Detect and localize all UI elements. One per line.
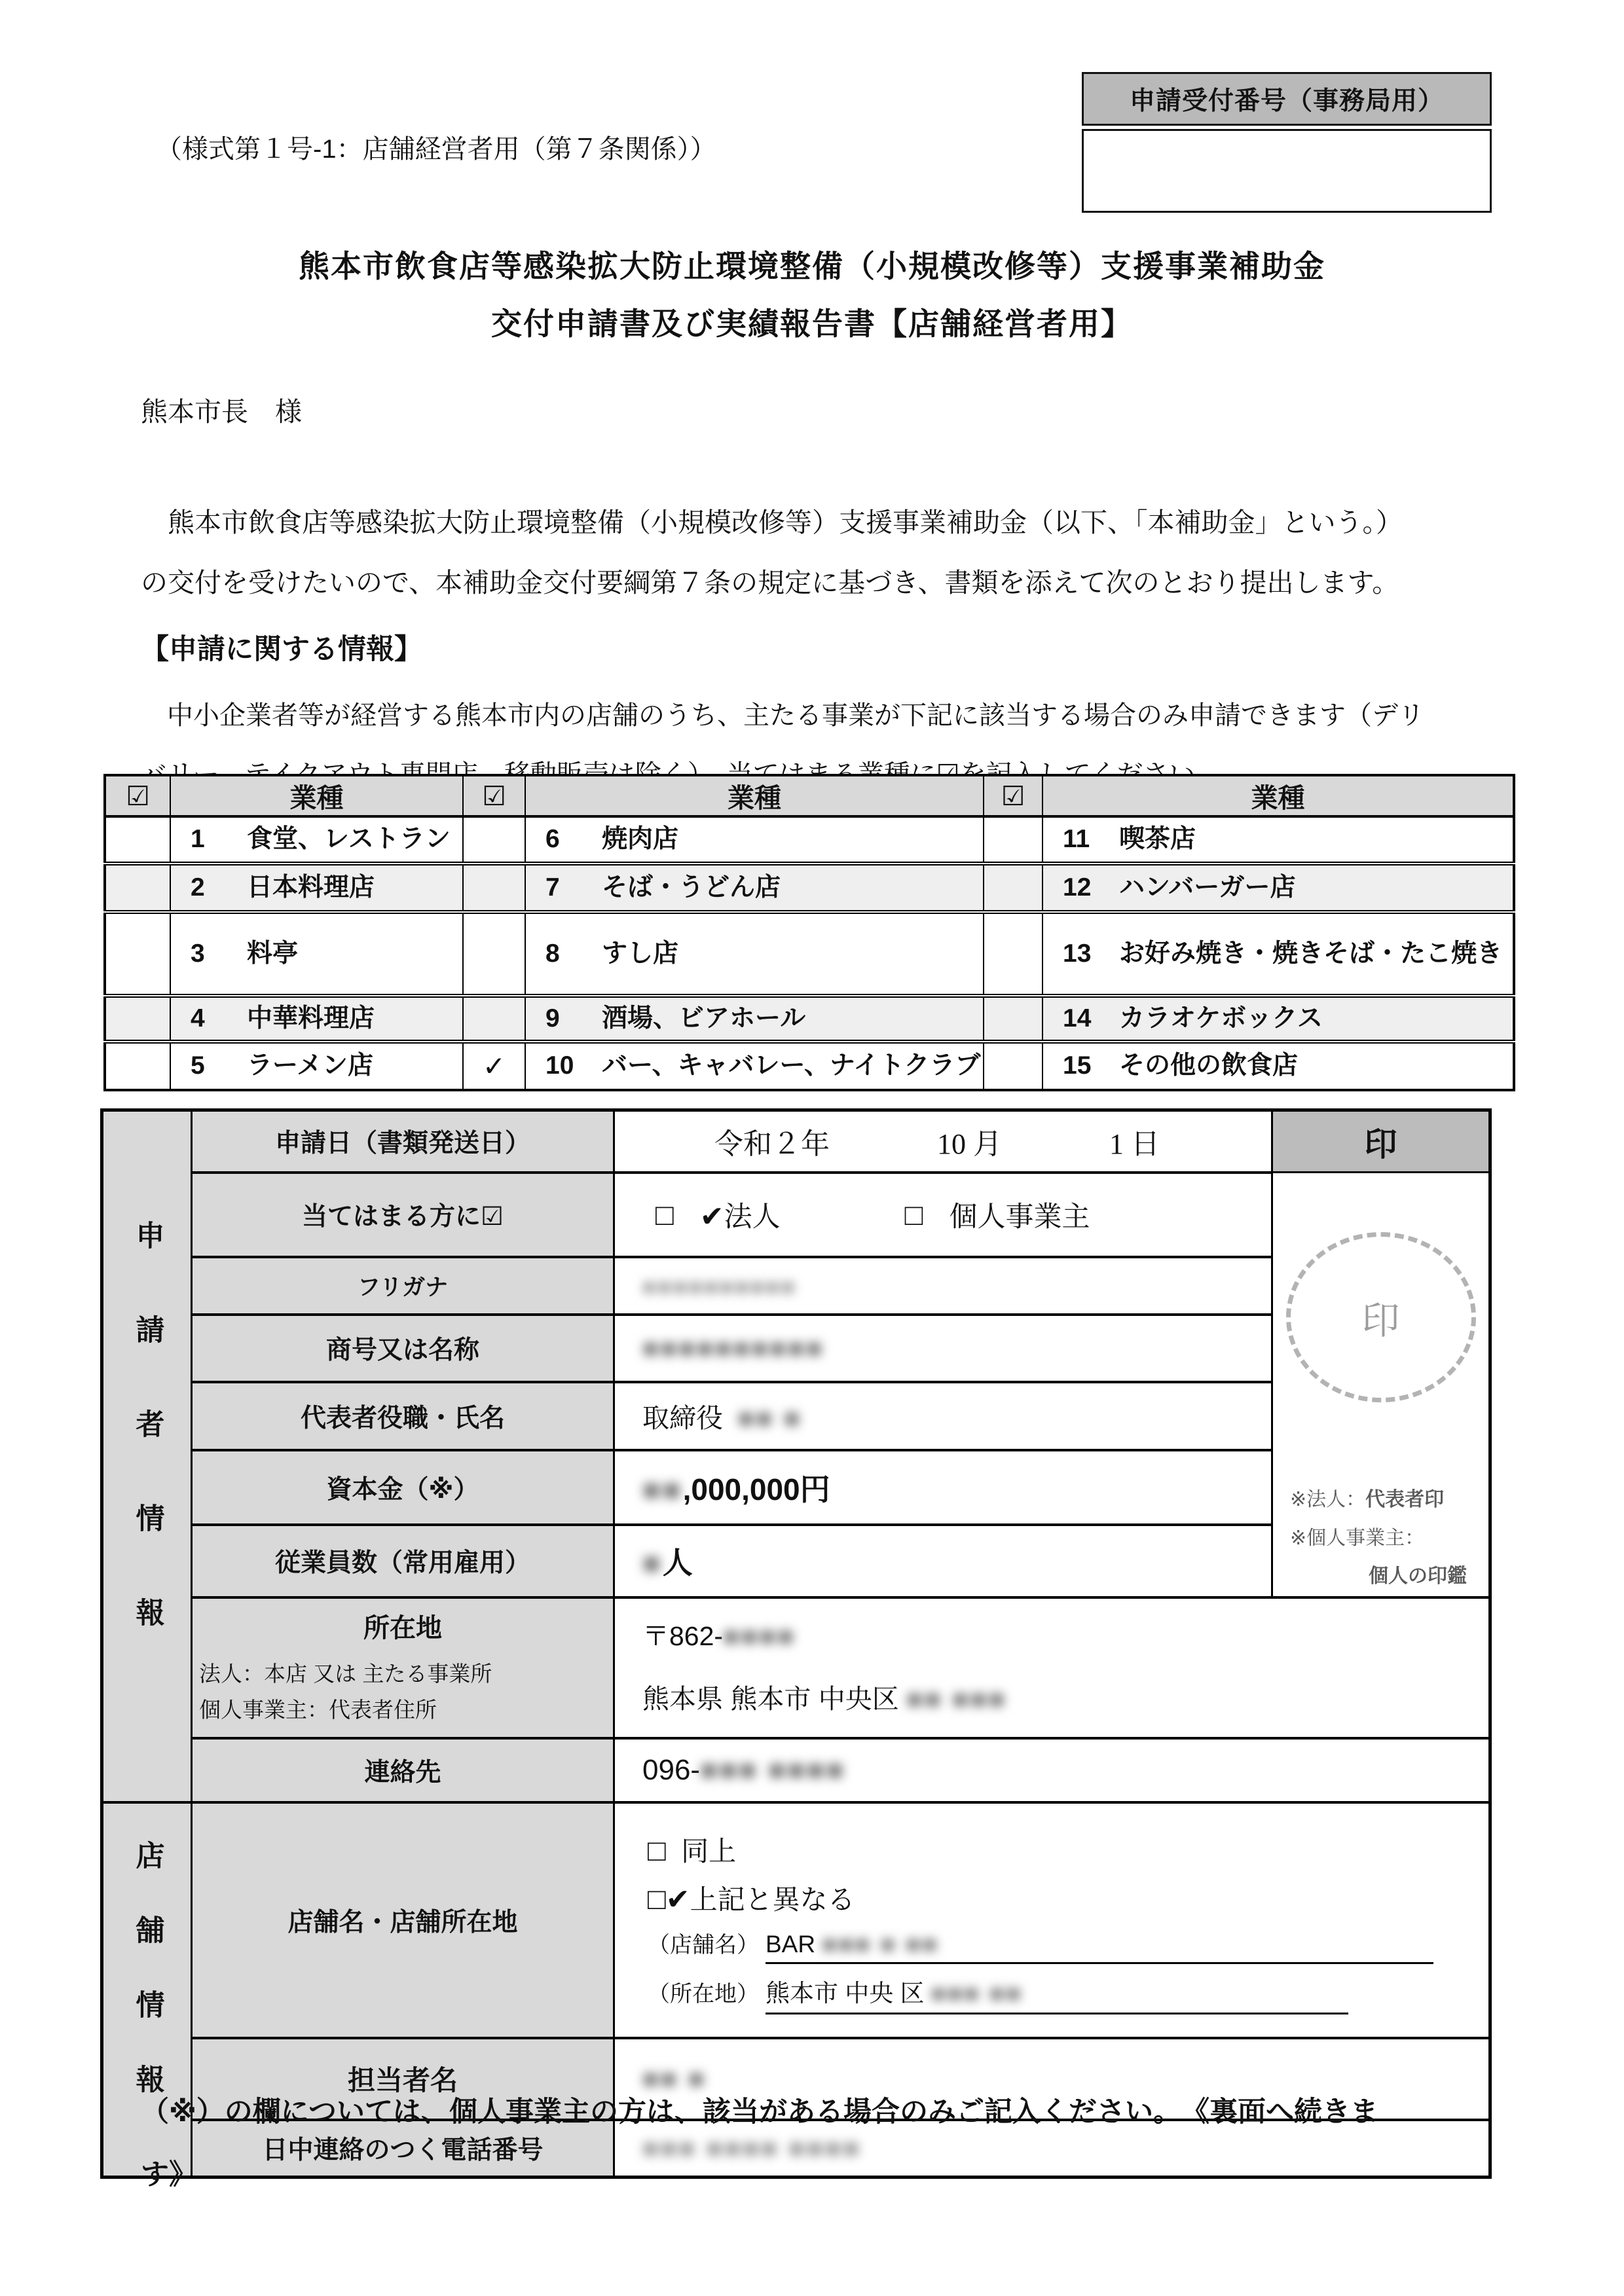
industry-item: 6焼肉店 — [525, 816, 984, 864]
sole-proprietor-checkbox: □ — [905, 1197, 923, 1232]
application-date-value: 令和２年 10 月 1 日 — [614, 1110, 1272, 1173]
industry-item: 7そば・うどん店 — [525, 864, 984, 912]
applicant-type-label: 当てはまる方に☑ — [192, 1173, 614, 1257]
form-code: （様式第１号-1：店舗経営者用（第７条関係）） — [156, 128, 716, 166]
address-city: 熊本県 熊本市 中央区 — [642, 1684, 906, 1714]
corporation-option: 法人 — [724, 1201, 781, 1233]
industry-row: 5ラーメン店 ✓ 10バー、キャバレー、ナイトクラブ 15その他の飲食店 — [105, 1042, 1514, 1090]
application-date-row: 申請者情報 申請日（書類発送日） 令和２年 10 月 1 日 印 — [102, 1110, 1490, 1173]
industry-item: 13お好み焼き・焼きそば・たこ焼き — [1043, 912, 1514, 996]
stamp-note-sole-proprietor: ※個人事業主： — [1290, 1520, 1488, 1558]
industry-header-row: ☑ 業種 ☑ 業種 ☑ 業種 — [105, 775, 1514, 816]
stamp-note-corporation-bold: 代表者印 — [1365, 1489, 1444, 1510]
application-form-table: 申請者情報 申請日（書類発送日） 令和２年 10 月 1 日 印 当てはまる方に… — [100, 1108, 1492, 2179]
industry-checkbox — [105, 912, 170, 996]
applicant-type-value: □ ✔法人 □ 個人事業主 — [614, 1173, 1272, 1257]
checkbox-header-icon: ☑ — [105, 775, 170, 816]
representative-value: 取締役 ■■ ■ — [614, 1382, 1272, 1449]
furigana-label: フリガナ — [192, 1257, 614, 1315]
industry-checkbox — [105, 996, 170, 1042]
employees-redacted-count: ■ — [642, 1546, 663, 1580]
company-name-value: ■■■■■■■■■■ — [614, 1315, 1272, 1382]
shop-name-prefix: BAR — [766, 1931, 822, 1958]
address-row: 所在地 法人：本店 又は 主たる事業所 個人事業主：代表者住所 〒862-■■■… — [102, 1597, 1490, 1738]
stamp-area: 印 ※法人：代表者印 ※個人事業主： 個人の印鑑 — [1272, 1173, 1490, 1597]
postal-code-redacted: ■■■■ — [723, 1621, 796, 1651]
stamp-mark: 印 — [1361, 1290, 1399, 1345]
industry-item: 3料亭 — [170, 912, 463, 996]
industry-checkbox — [105, 816, 170, 864]
date-day: 1 日 — [1109, 1120, 1160, 1162]
industry-header-label: 業種 — [170, 775, 463, 816]
shop-name-label: 店舗名・店舗所在地 — [192, 1802, 614, 2038]
industry-row: 2日本料理店 7そば・うどん店 12ハンバーガー店 — [105, 864, 1514, 912]
different-from-above-checkmark-icon: ✔ — [666, 1883, 690, 1916]
shop-address-field-label: （所在地） — [648, 1976, 759, 2008]
furigana-value: ■■■■■■■■■■ — [614, 1257, 1272, 1315]
contact-value: 096-■■■ ■■■■ — [614, 1738, 1490, 1802]
different-from-above-option: 上記と異なる — [690, 1878, 855, 1918]
employees-label: 従業員数（常用雇用） — [192, 1525, 614, 1597]
receipt-number-blank-field — [1082, 129, 1492, 213]
intro-line1: 熊本市飲食店等感染拡大防止環境整備（小規模改修等）支援事業補助金（以下、「本補助… — [141, 492, 1503, 553]
date-month: 10 月 — [937, 1120, 1002, 1162]
industry-item: 4中華料理店 — [170, 996, 463, 1042]
contact-row: 連絡先 096-■■■ ■■■■ — [102, 1738, 1490, 1802]
checkbox-header-icon: ☑ — [984, 775, 1043, 816]
industry-item: 14カラオケボックス — [1043, 996, 1514, 1042]
industry-item: 1食堂、レストラン — [170, 816, 463, 864]
stamp-notes: ※法人：代表者印 ※個人事業主： 個人の印鑑 — [1273, 1481, 1488, 1596]
company-name-redacted-text: ■■■■■■■■■■ — [642, 1333, 824, 1363]
sole-proprietor-option: 個人事業主 — [949, 1195, 1090, 1235]
intro-line2: の交付を受けたいので、本補助金交付要綱第７条の規定に基づき、書類を添えて次のとお… — [141, 553, 1503, 613]
same-as-above-checkbox: □ — [648, 1832, 666, 1868]
representative-label: 代表者役職・氏名 — [192, 1382, 614, 1449]
industry-checkbox — [463, 864, 525, 912]
address-label-cell: 所在地 法人：本店 又は 主たる事業所 個人事業主：代表者住所 — [192, 1597, 614, 1738]
stamp-note-corporation-prefix: ※法人： — [1290, 1489, 1365, 1510]
industry-item: 10バー、キャバレー、ナイトクラブ — [525, 1042, 984, 1090]
industry-checkbox — [984, 1042, 1043, 1090]
furigana-redacted-text: ■■■■■■■■■■ — [642, 1275, 796, 1300]
document-title-line1: 熊本市飲食店等感染拡大防止環境整備（小規模改修等）支援事業補助金 — [0, 242, 1624, 286]
corporation-checkbox: □ — [655, 1197, 674, 1232]
representative-title: 取締役 — [642, 1403, 723, 1433]
address-value: 〒862-■■■■ 熊本県 熊本市 中央区 ■■ ■■■ — [614, 1597, 1490, 1738]
stamp-placeholder-circle: 印 — [1286, 1232, 1476, 1402]
checkbox-header-icon: ☑ — [463, 775, 525, 816]
industry-item: 8すし店 — [525, 912, 984, 996]
shop-name-value: □ 同上 □✔上記と異なる （店舗名） BAR ■■■ ■ ■■ （所在地） 熊… — [614, 1802, 1490, 2038]
industry-checkbox — [984, 996, 1043, 1042]
industry-checkbox — [463, 996, 525, 1042]
industry-checkbox — [984, 912, 1043, 996]
shop-name-field-label: （店舗名） — [648, 1927, 759, 1959]
address-sublabel-sole-proprietor: 個人事業主：代表者住所 — [199, 1692, 606, 1728]
industry-item: 5ラーメン店 — [170, 1042, 463, 1090]
section-heading: 【申請に関する情報】 — [141, 627, 422, 667]
employees-unit: 人 — [663, 1546, 693, 1580]
company-name-label: 商号又は名称 — [192, 1315, 614, 1382]
capital-redacted-digits: ■■ — [642, 1472, 683, 1506]
date-era: 令和２年 — [714, 1120, 830, 1162]
industry-checkbox — [105, 1042, 170, 1090]
shop-name-redacted: ■■■ ■ ■■ — [822, 1931, 939, 1958]
shop-name-row: 店舗情報 店舗名・店舗所在地 □ 同上 □✔上記と異なる （店舗名） BAR ■… — [102, 1802, 1490, 2038]
contact-phone-prefix: 096- — [642, 1754, 700, 1786]
industry-header-label: 業種 — [525, 775, 984, 816]
receipt-number-label: 申請受付番号（事務局用） — [1082, 72, 1492, 126]
capital-label: 資本金（※） — [192, 1450, 614, 1525]
industry-item: 12ハンバーガー店 — [1043, 864, 1514, 912]
shop-address-prefix: 熊本市 中央 区 — [766, 1980, 931, 2007]
section-note-line1: 中小企業者等が経営する熊本市内の店舗のうち、主たる事業が下記に該当する場合のみ申… — [141, 686, 1522, 745]
applicant-section-label: 申請者情報 — [102, 1110, 192, 1802]
intro-paragraph: 熊本市飲食店等感染拡大防止環境整備（小規模改修等）支援事業補助金（以下、「本補助… — [141, 492, 1503, 613]
industry-header-label: 業種 — [1043, 775, 1514, 816]
postal-code-prefix: 〒862- — [642, 1621, 723, 1651]
same-as-above-option: 同上 — [681, 1830, 736, 1869]
receipt-number-box: 申請受付番号（事務局用） — [1082, 72, 1492, 213]
industry-item: 15その他の飲食店 — [1043, 1042, 1514, 1090]
stamp-note-personal-seal: 個人の印鑑 — [1290, 1558, 1488, 1596]
industry-row: 4中華料理店 9酒場、ビアホール 14カラオケボックス — [105, 996, 1514, 1042]
shop-address-redacted: ■■■ ■■ — [931, 1980, 1023, 2007]
employees-value: ■人 — [614, 1525, 1272, 1597]
industry-checkbox — [463, 816, 525, 864]
stamp-column-header: 印 — [1272, 1110, 1490, 1173]
application-form-page: 申請受付番号（事務局用） （様式第１号-1：店舗経営者用（第７条関係）） 熊本市… — [0, 0, 1624, 2296]
contact-phone-redacted: ■■■ ■■■■ — [700, 1754, 845, 1786]
addressee: 熊本市長 様 — [141, 390, 302, 429]
industry-item: 2日本料理店 — [170, 864, 463, 912]
industry-checkbox — [984, 864, 1043, 912]
address-street-redacted: ■■ ■■■ — [906, 1684, 1006, 1714]
corporation-checkmark-icon: ✔ — [700, 1201, 724, 1233]
industry-checkbox — [463, 912, 525, 996]
capital-amount: ,000,000円 — [683, 1472, 830, 1506]
industry-table: ☑ 業種 ☑ 業種 ☑ 業種 1食堂、レストラン 6焼肉店 11喫茶店 2日本料… — [103, 774, 1515, 1091]
address-sublabel-corporation: 法人：本店 又は 主たる事業所 — [199, 1656, 606, 1692]
industry-item: 11喫茶店 — [1043, 816, 1514, 864]
representative-name-redacted: ■■ ■ — [738, 1403, 802, 1433]
industry-item: 9酒場、ビアホール — [525, 996, 984, 1042]
applicant-type-row: 当てはまる方に☑ □ ✔法人 □ 個人事業主 印 ※法人：代表者印 ※個人事業主… — [102, 1173, 1490, 1257]
address-label: 所在地 — [199, 1607, 606, 1645]
industry-row: 3料亭 8すし店 13お好み焼き・焼きそば・たこ焼き — [105, 912, 1514, 996]
capital-value: ■■,000,000円 — [614, 1450, 1272, 1525]
footer-note-line2: す》 — [141, 2143, 1503, 2206]
industry-row: 1食堂、レストラン 6焼肉店 11喫茶店 — [105, 816, 1514, 864]
industry-checkbox-checked: ✓ — [463, 1042, 525, 1090]
footer-note: （※）の欄については、個人事業主の方は、該当がある場合のみご記入ください。 《裏… — [141, 2081, 1503, 2206]
industry-checkbox — [105, 864, 170, 912]
document-title-line2: 交付申請書及び実績報告書【店舗経営者用】 — [0, 300, 1624, 344]
contact-label: 連絡先 — [192, 1738, 614, 1802]
industry-checkbox — [984, 816, 1043, 864]
footer-note-line1: （※）の欄については、個人事業主の方は、該当がある場合のみご記入ください。 《裏… — [141, 2081, 1503, 2143]
different-from-above-checkbox: □ — [648, 1881, 666, 1916]
application-date-label: 申請日（書類発送日） — [192, 1110, 614, 1173]
